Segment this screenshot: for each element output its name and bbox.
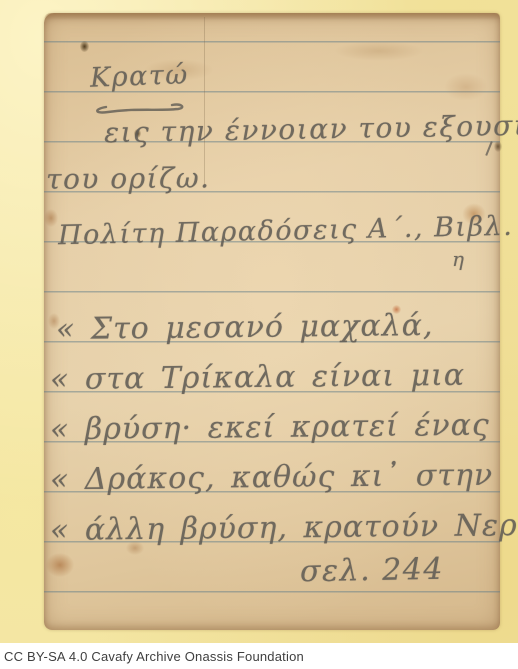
scanned-document-view: Κρατώ εις την έννοιαν του εξουσιάζω του … <box>0 0 518 669</box>
stain <box>494 141 502 152</box>
handwritten-headword: Κρατώ <box>90 61 190 91</box>
stain <box>80 41 89 52</box>
handwritten-quote-line: « άλλη βρύση, κρατούν Νεράιδες. <box>50 510 518 546</box>
handwritten-quote-line: « βρύση· εκεί κρατεί ένας <box>50 411 490 446</box>
scanner-background-mat: Κρατώ εις την έννοιαν του εξουσιάζω του … <box>0 0 518 643</box>
handwritten-quote-line: « Δράκος, καθώς κι᾽ στην <box>50 461 493 496</box>
handwritten-quote-line: « Στο μεσανό μαχαλά, <box>56 311 434 345</box>
stain <box>44 209 58 227</box>
torn-top-edge <box>44 13 500 20</box>
stain <box>334 41 424 61</box>
license-text: CC BY-SA 4.0 Cavafy Archive Onassis Foun… <box>0 649 304 664</box>
stain <box>46 553 74 577</box>
handwritten-reference-carryover: η <box>452 249 465 269</box>
license-caption-bar: CC BY-SA 4.0 Cavafy Archive Onassis Foun… <box>0 643 518 669</box>
handwritten-page-reference: σελ. 244 <box>300 555 444 588</box>
handwritten-quote-line: « στα Τρίκαλα είναι μια <box>50 361 465 395</box>
manuscript-page: Κρατώ εις την έννοιαν του εξουσιάζω του … <box>44 13 500 630</box>
handwritten-note-line-1: εις την έννοιαν του εξουσιάζω <box>104 111 518 147</box>
stain <box>444 73 488 101</box>
handwritten-note-line-2: του ορίζω. <box>46 164 211 193</box>
